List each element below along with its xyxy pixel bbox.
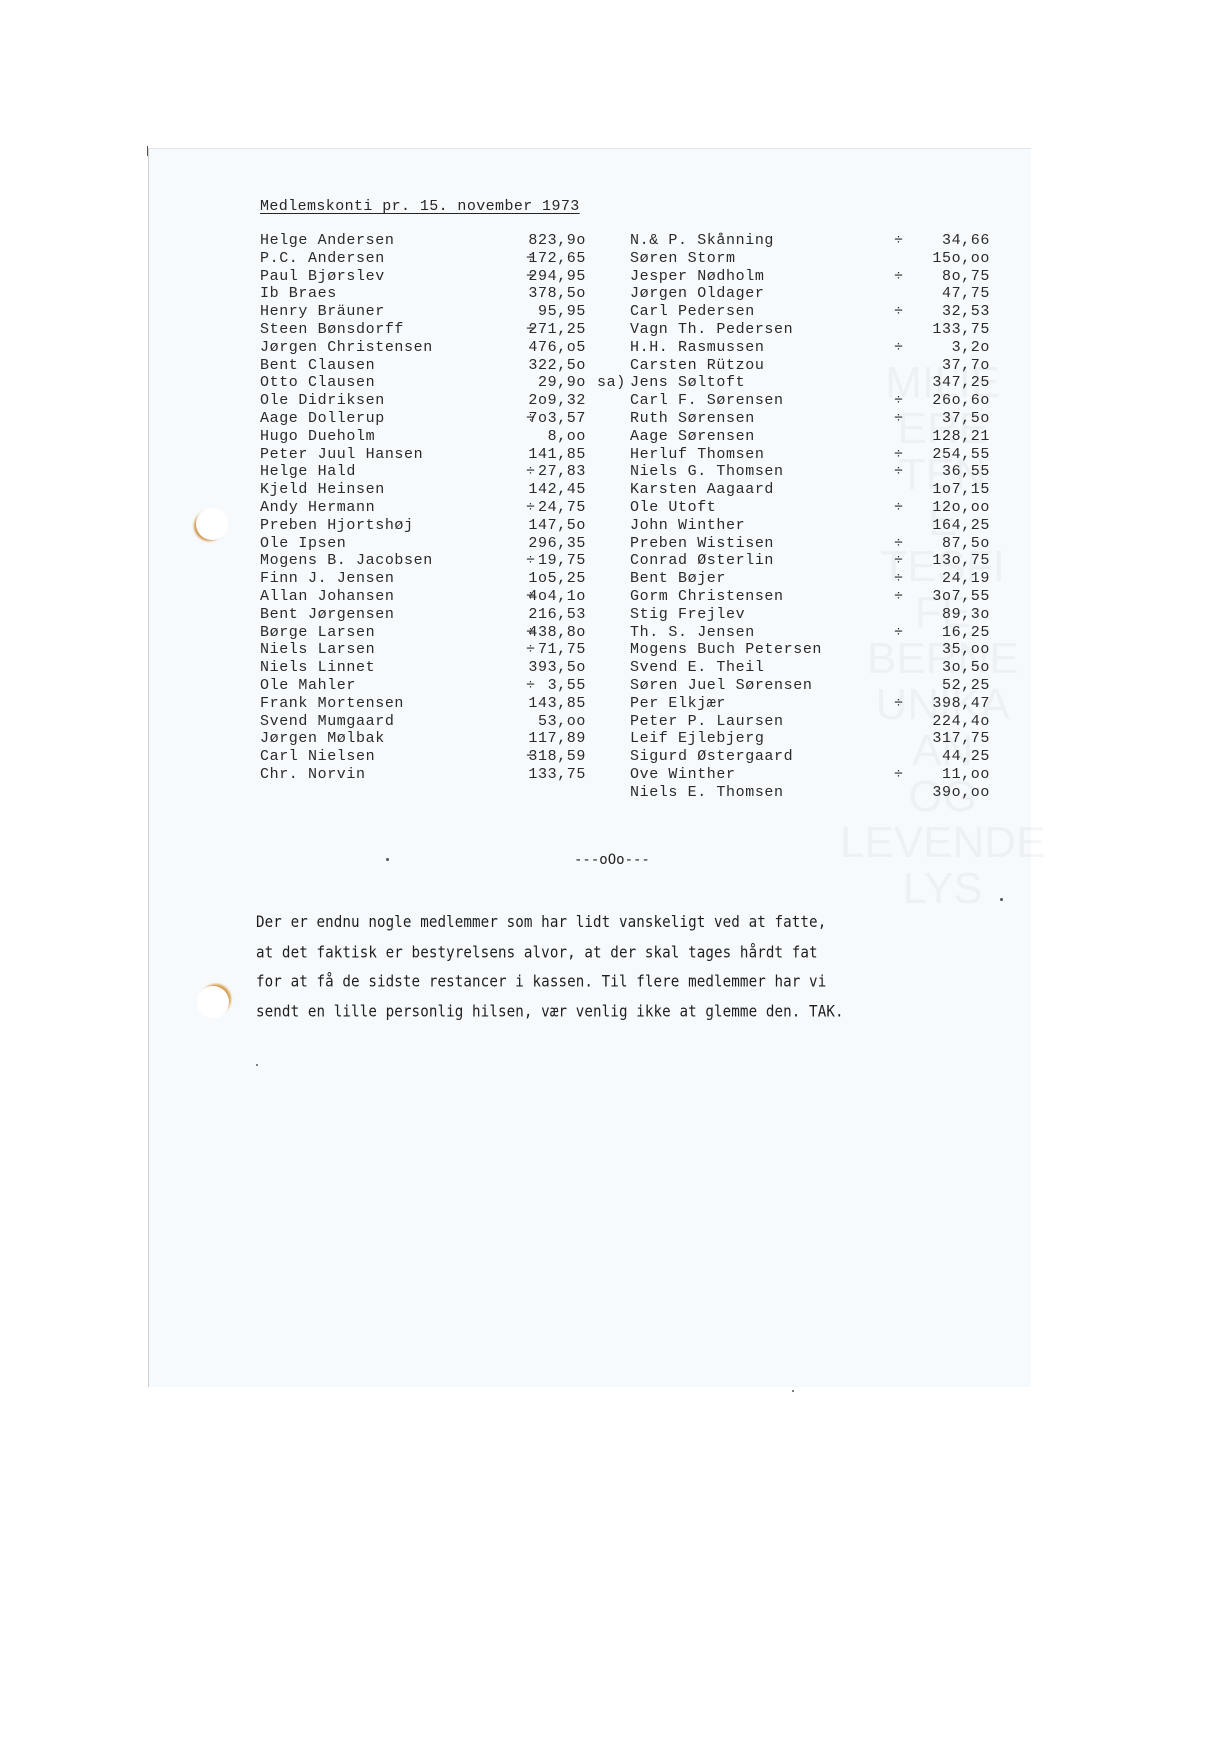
member-row: Svend E. Theil3o,5o [630, 659, 990, 677]
member-row: Th. S. Jensen÷16,25 [630, 624, 990, 642]
member-balance: 34,66 [942, 232, 990, 250]
negative-sign: ÷ [894, 303, 904, 321]
member-row: Bent Clausen322,5o [260, 357, 586, 375]
member-name: Carsten Rützou [630, 357, 764, 375]
member-name: Stig Frejlev [630, 606, 745, 624]
member-row: Aage Dollerup÷7o3,57 [260, 410, 586, 428]
member-row: Ole Ipsen296,35 [260, 535, 586, 553]
member-name: Preben Wistisen [630, 535, 774, 553]
member-balance: 3o,5o [942, 659, 990, 677]
member-row: Leif Ejlebjerg317,75 [630, 730, 990, 748]
negative-sign: ÷ [894, 570, 904, 588]
member-row: Sigurd Østergaard44,25 [630, 748, 990, 766]
member-balance: 15o,oo [932, 250, 990, 268]
page-edge-mark [147, 146, 148, 156]
member-balance: 27,83 [538, 463, 586, 481]
member-name: Ole Didriksen [260, 392, 385, 410]
member-name: Børge Larsen [260, 624, 375, 642]
ink-speck [256, 1064, 258, 1066]
member-balance: 398,47 [932, 695, 990, 713]
member-row: Andy Hermann÷24,75 [260, 499, 586, 517]
member-balance: 823,9o [528, 232, 586, 250]
member-name: Conrad Østerlin [630, 552, 774, 570]
member-balance: 39o,oo [932, 784, 990, 802]
member-balance: 142,45 [528, 481, 586, 499]
member-name: Helge Andersen [260, 232, 394, 250]
member-row: Peter P. Laursen224,4o [630, 713, 990, 731]
negative-sign: ÷ [526, 641, 536, 659]
member-balance: 24,19 [942, 570, 990, 588]
member-row: Søren Storm15o,oo [630, 250, 990, 268]
member-balance: 35,oo [942, 641, 990, 659]
member-row: Steen Bønsdorff÷271,25 [260, 321, 586, 339]
member-balance: 36,55 [942, 463, 990, 481]
member-balance: 347,25 [932, 374, 990, 392]
member-note-prefix: sa) [597, 374, 626, 392]
member-row: Ruth Sørensen÷37,5o [630, 410, 990, 428]
member-row: Karsten Aagaard1o7,15 [630, 481, 990, 499]
member-list-right: N.& P. Skånning÷34,66Søren Storm15o,ooJe… [630, 232, 990, 802]
punch-hole-bottom [197, 986, 229, 1018]
member-name: Svend Mumgaard [260, 713, 394, 731]
member-row: Mogens B. Jacobsen÷19,75 [260, 552, 586, 570]
member-name: Jørgen Mølbak [260, 730, 385, 748]
negative-sign: ÷ [894, 535, 904, 553]
member-row: Ole Didriksen2o9,32 [260, 392, 586, 410]
negative-sign: ÷ [894, 766, 904, 784]
member-balance: 24,75 [538, 499, 586, 517]
member-row: Otto Clausen29,9o [260, 374, 586, 392]
negative-sign: ÷ [894, 588, 904, 606]
member-row: Jørgen Mølbak117,89 [260, 730, 586, 748]
member-name: Karsten Aagaard [630, 481, 774, 499]
member-balance: 438,8o [528, 624, 586, 642]
member-balance: 393,5o [528, 659, 586, 677]
member-name: Finn J. Jensen [260, 570, 394, 588]
member-row: P.C. Andersen÷172,65 [260, 250, 586, 268]
member-balance: 3,55 [548, 677, 586, 695]
member-row: Ole Utoft÷12o,oo [630, 499, 990, 517]
member-row: Carl Pedersen÷32,53 [630, 303, 990, 321]
member-name: Sigurd Østergaard [630, 748, 793, 766]
member-row: Stig Frejlev89,3o [630, 606, 990, 624]
member-balance: 271,25 [528, 321, 586, 339]
member-row: Per Elkjær÷398,47 [630, 695, 990, 713]
member-row: Conrad Østerlin÷13o,75 [630, 552, 990, 570]
member-row: sa)Jens Søltoft347,25 [630, 374, 990, 392]
member-name: Bent Bøjer [630, 570, 726, 588]
member-row: H.H. Rasmussen÷3,2o [630, 339, 990, 357]
member-name: Ole Utoft [630, 499, 716, 517]
negative-sign: ÷ [894, 392, 904, 410]
member-name: Niels E. Thomsen [630, 784, 784, 802]
member-name: Carl Pedersen [630, 303, 755, 321]
member-balance: 296,35 [528, 535, 586, 553]
member-name: Søren Juel Sørensen [630, 677, 812, 695]
member-row: N.& P. Skånning÷34,66 [630, 232, 990, 250]
member-row: Kjeld Heinsen142,45 [260, 481, 586, 499]
member-row: Frank Mortensen143,85 [260, 695, 586, 713]
notice-paragraph: Der er endnu nogle medlemmer som har lid… [256, 908, 1016, 1027]
member-name: Chr. Norvin [260, 766, 366, 784]
member-list-left: Helge Andersen823,9oP.C. Andersen÷172,65… [260, 232, 586, 784]
member-row: Ib Braes378,5o [260, 285, 586, 303]
member-row: Jørgen Oldager47,75 [630, 285, 990, 303]
member-name: Peter Juul Hansen [260, 446, 423, 464]
member-name: Herluf Thomsen [630, 446, 764, 464]
member-name: N.& P. Skånning [630, 232, 774, 250]
negative-sign: ÷ [894, 695, 904, 713]
member-name: Th. S. Jensen [630, 624, 755, 642]
member-name: Aage Dollerup [260, 410, 385, 428]
member-balance: 294,95 [528, 268, 586, 286]
member-balance: 37,7o [942, 357, 990, 375]
negative-sign: ÷ [894, 446, 904, 464]
member-balance: 8o,75 [942, 268, 990, 286]
member-name: Ruth Sørensen [630, 410, 755, 428]
member-name: Bent Jørgensen [260, 606, 394, 624]
member-balance: 128,21 [932, 428, 990, 446]
ink-speck [792, 1390, 794, 1392]
member-balance: 133,75 [932, 321, 990, 339]
member-balance: 7o3,57 [528, 410, 586, 428]
negative-sign: ÷ [526, 677, 536, 695]
member-balance: 8,oo [548, 428, 586, 446]
member-balance: 29,9o [538, 374, 586, 392]
member-row: Vagn Th. Pedersen133,75 [630, 321, 990, 339]
member-row: Hugo Dueholm8,oo [260, 428, 586, 446]
member-name: Carl Nielsen [260, 748, 375, 766]
member-row: Bent Bøjer÷24,19 [630, 570, 990, 588]
member-balance: 95,95 [538, 303, 586, 321]
member-row: Finn J. Jensen1o5,25 [260, 570, 586, 588]
member-name: Steen Bønsdorff [260, 321, 404, 339]
member-row: Preben Wistisen÷87,5o [630, 535, 990, 553]
member-balance: 13o,75 [932, 552, 990, 570]
member-row: Jørgen Christensen476,o5 [260, 339, 586, 357]
member-row: Søren Juel Sørensen52,25 [630, 677, 990, 695]
member-name: Paul Bjørslev [260, 268, 385, 286]
member-row: Jesper Nødholm÷8o,75 [630, 268, 990, 286]
member-name: Vagn Th. Pedersen [630, 321, 793, 339]
member-row: Herluf Thomsen÷254,55 [630, 446, 990, 464]
member-balance: 143,85 [528, 695, 586, 713]
member-row: Niels Linnet393,5o [260, 659, 586, 677]
member-name: Per Elkjær [630, 695, 726, 713]
ink-speck [1000, 898, 1003, 901]
member-balance: 317,75 [932, 730, 990, 748]
member-balance: 476,o5 [528, 339, 586, 357]
member-row: Svend Mumgaard53,oo [260, 713, 586, 731]
member-name: Jørgen Oldager [630, 285, 764, 303]
member-row: Mogens Buch Petersen35,oo [630, 641, 990, 659]
member-row: Børge Larsen÷438,8o [260, 624, 586, 642]
member-name: Niels Linnet [260, 659, 375, 677]
negative-sign: ÷ [894, 268, 904, 286]
member-name: Mogens B. Jacobsen [260, 552, 433, 570]
member-name: Peter P. Laursen [630, 713, 784, 731]
negative-sign: ÷ [894, 232, 904, 250]
negative-sign: ÷ [894, 552, 904, 570]
member-balance: 117,89 [528, 730, 586, 748]
member-balance: 87,5o [942, 535, 990, 553]
notice-line: sendt en lille personlig hilsen, vær ven… [256, 997, 1016, 1027]
member-balance: 141,85 [528, 446, 586, 464]
member-name: Aage Sørensen [630, 428, 755, 446]
member-row: Chr. Norvin133,75 [260, 766, 586, 784]
member-balance: 89,3o [942, 606, 990, 624]
negative-sign: ÷ [526, 552, 536, 570]
member-name: Svend E. Theil [630, 659, 764, 677]
member-row: Niels G. Thomsen÷36,55 [630, 463, 990, 481]
member-balance: 216,53 [528, 606, 586, 624]
member-row: Peter Juul Hansen141,85 [260, 446, 586, 464]
member-row: Bent Jørgensen216,53 [260, 606, 586, 624]
member-balance: 2o9,32 [528, 392, 586, 410]
member-name: Niels G. Thomsen [630, 463, 784, 481]
member-balance: 147,5o [528, 517, 586, 535]
member-name: Henry Bräuner [260, 303, 385, 321]
member-row: Niels Larsen÷71,75 [260, 641, 586, 659]
member-name: Jørgen Christensen [260, 339, 433, 357]
member-name: Otto Clausen [260, 374, 375, 392]
member-name: Ib Braes [260, 285, 337, 303]
member-balance: 1o7,15 [932, 481, 990, 499]
member-name: Andy Hermann [260, 499, 375, 517]
member-balance: 3,2o [952, 339, 990, 357]
negative-sign: ÷ [894, 499, 904, 517]
member-name: Søren Storm [630, 250, 736, 268]
member-balance: 133,75 [528, 766, 586, 784]
member-row: Helge Andersen823,9o [260, 232, 586, 250]
member-name: Ole Ipsen [260, 535, 346, 553]
member-balance: 172,65 [528, 250, 586, 268]
member-name: H.H. Rasmussen [630, 339, 764, 357]
member-row: Aage Sørensen128,21 [630, 428, 990, 446]
member-balance: 3o7,55 [932, 588, 990, 606]
member-name: Jens Søltoft [630, 374, 745, 392]
member-balance: 12o,oo [932, 499, 990, 517]
member-name: Niels Larsen [260, 641, 375, 659]
member-row: Helge Hald÷27,83 [260, 463, 586, 481]
section-separator: ---oOo--- [574, 852, 650, 868]
ink-speck [386, 858, 389, 861]
member-balance: 19,75 [538, 552, 586, 570]
member-name: Ove Winther [630, 766, 736, 784]
member-balance: 164,25 [932, 517, 990, 535]
negative-sign: ÷ [894, 463, 904, 481]
negative-sign: ÷ [526, 463, 536, 481]
member-balance: 224,4o [932, 713, 990, 731]
member-name: P.C. Andersen [260, 250, 385, 268]
member-balance: 318,59 [528, 748, 586, 766]
punch-hole-top [196, 508, 228, 540]
member-name: Ole Mahler [260, 677, 356, 695]
member-row: Preben Hjortshøj147,5o [260, 517, 586, 535]
member-balance: 378,5o [528, 285, 586, 303]
notice-line: Der er endnu nogle medlemmer som har lid… [256, 908, 1016, 938]
negative-sign: ÷ [526, 499, 536, 517]
negative-sign: ÷ [894, 624, 904, 642]
member-name: Kjeld Heinsen [260, 481, 385, 499]
member-balance: 52,25 [942, 677, 990, 695]
notice-line: at det faktisk er bestyrelsens alvor, at… [256, 938, 1016, 968]
member-name: Preben Hjortshøj [260, 517, 414, 535]
member-row: Niels E. Thomsen39o,oo [630, 784, 990, 802]
member-row: Carl F. Sørensen÷26o,6o [630, 392, 990, 410]
member-row: Henry Bräuner95,95 [260, 303, 586, 321]
member-row: Ole Mahler÷3,55 [260, 677, 586, 695]
notice-line: for at få de sidste restancer i kassen. … [256, 967, 1016, 997]
member-balance: 1o5,25 [528, 570, 586, 588]
member-name: Carl F. Sørensen [630, 392, 784, 410]
member-balance: 47,75 [942, 285, 990, 303]
member-row: Carsten Rützou37,7o [630, 357, 990, 375]
member-row: Ove Winther÷11,oo [630, 766, 990, 784]
member-name: Helge Hald [260, 463, 356, 481]
member-balance: 26o,6o [932, 392, 990, 410]
member-balance: 322,5o [528, 357, 586, 375]
member-balance: 254,55 [932, 446, 990, 464]
member-row: Allan Johansen÷4o4,1o [260, 588, 586, 606]
member-row: Carl Nielsen÷318,59 [260, 748, 586, 766]
member-row: Paul Bjørslev÷294,95 [260, 268, 586, 286]
member-balance: 11,oo [942, 766, 990, 784]
negative-sign: ÷ [894, 339, 904, 357]
member-balance: 71,75 [538, 641, 586, 659]
member-name: Gorm Christensen [630, 588, 784, 606]
member-row: Gorm Christensen÷3o7,55 [630, 588, 990, 606]
member-name: Bent Clausen [260, 357, 375, 375]
member-name: Frank Mortensen [260, 695, 404, 713]
member-balance: 44,25 [942, 748, 990, 766]
member-balance: 32,53 [942, 303, 990, 321]
member-balance: 16,25 [942, 624, 990, 642]
member-balance: 37,5o [942, 410, 990, 428]
negative-sign: ÷ [894, 410, 904, 428]
member-balance: 4o4,1o [528, 588, 586, 606]
member-balance: 53,oo [538, 713, 586, 731]
member-name: Allan Johansen [260, 588, 394, 606]
member-name: John Winther [630, 517, 745, 535]
member-name: Leif Ejlebjerg [630, 730, 764, 748]
member-row: John Winther164,25 [630, 517, 990, 535]
member-name: Jesper Nødholm [630, 268, 764, 286]
member-name: Hugo Dueholm [260, 428, 375, 446]
member-name: Mogens Buch Petersen [630, 641, 822, 659]
document-title: Medlemskonti pr. 15. november 1973 [260, 198, 580, 215]
